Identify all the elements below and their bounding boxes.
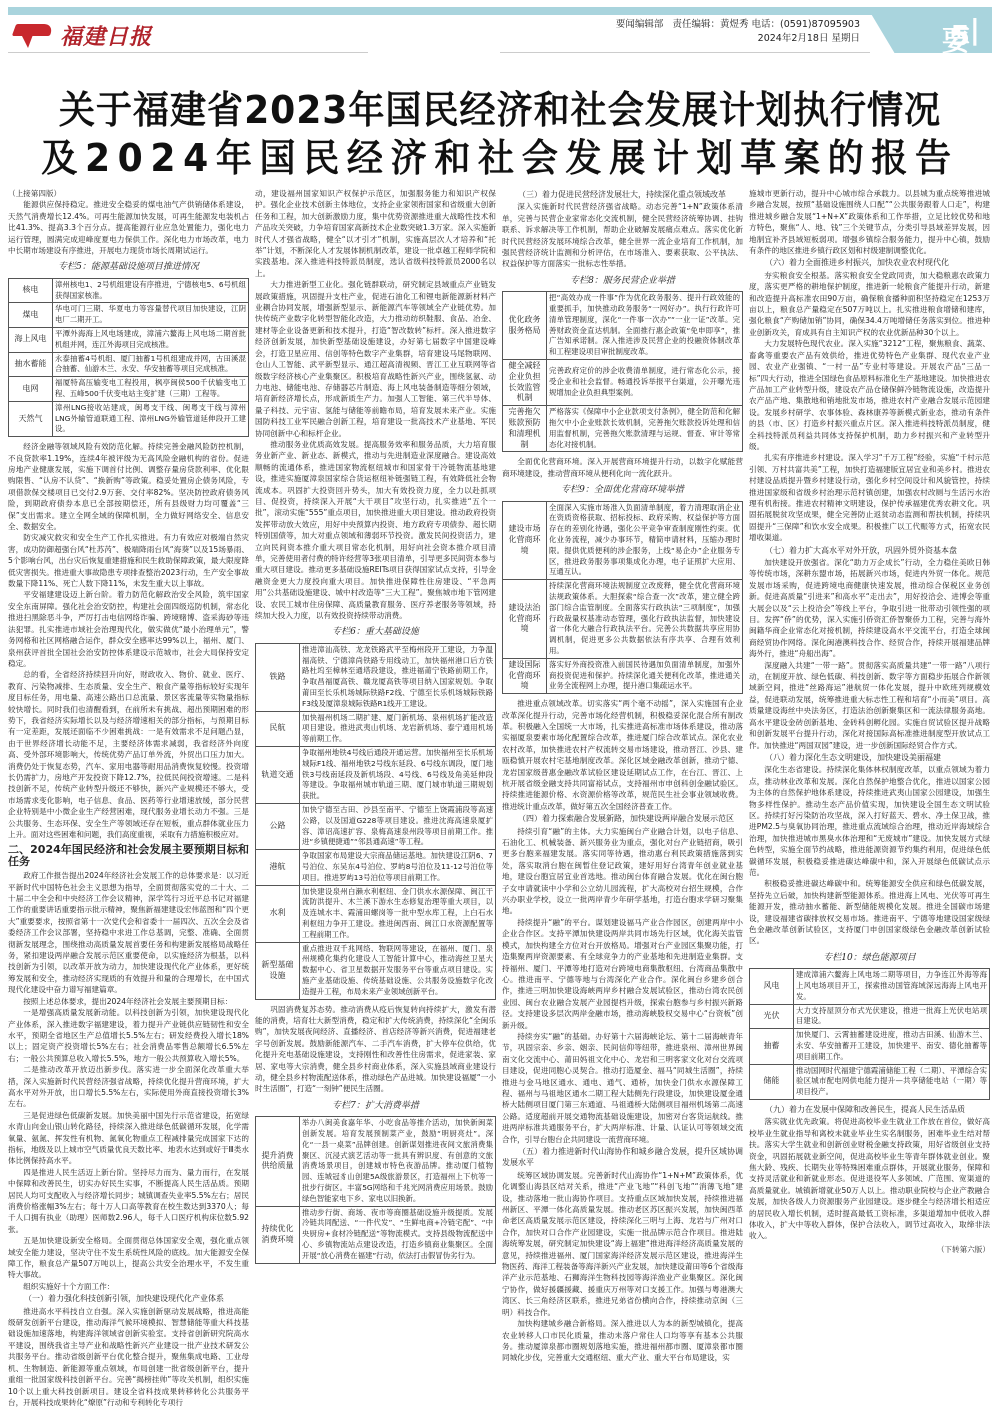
row-text: 漳州LNG接收站建成，闽粤支干线、闽粤支干线与漳州LNG外输管道联通工程、漳州L… — [53, 401, 249, 436]
row-category: 持续优化消费环境 — [256, 1206, 300, 1263]
table-row: 建设市场化营商环境全面深入实施市场准入负面清单制度，着力清理取消企业在资质资格获… — [503, 501, 743, 580]
paragraph: 防灾减灾救灾和安全生产工作扎实推进。有力有效应对极端自然灾害，成功防御超强台风“… — [8, 532, 249, 589]
table-row: 公路加快宁德至古田、沙县至南平、宁德至上饶霞浦段等高速公路，以及国道G228等项… — [256, 804, 496, 850]
table-row: 建设法治化营商环境持续深化营商环境法规制度立改废释，健全优化营商环境法规政策体系… — [503, 580, 743, 659]
masthead-top-bar — [8, 7, 978, 15]
masthead-divider — [500, 52, 870, 53]
paragraph: 深化生态省建设。持续深化集体林权制度改革，以重点领域为着力点，推动林业改革和发展… — [749, 764, 990, 878]
paragraph: 五是加快建设新安全格局。全面贯彻总体国家安全观，强化重点领域安全能力建设，坚决守… — [8, 1235, 249, 1281]
paragraph: 平安福建建设迈上新台阶。着力防范化解政治安全风险，筑牢国家安全东南屏障。强化社会… — [8, 589, 249, 669]
paragraph: 巩固消费复苏态势。推动消费从疫后恢复转向持续扩大，激发有潜能的消费，培育壮大新型… — [255, 1004, 496, 1095]
row-text: 推动步行街、商场、夜市等商圈基础设施升级提质。发展冷链共同配送、“一件代发”、“… — [300, 1206, 496, 1263]
row-category: 公路 — [256, 804, 300, 850]
box-table-business-environment: 建设市场化营商环境全面深入实施市场准入负面清单制度，着力清理取消企业在资质资格获… — [502, 501, 743, 695]
paragraph: 四是推进人民生活迈上新台阶。坚持尽力而为、量力而行，在发展中保障和改善民生，切实… — [8, 1167, 249, 1235]
row-category: 光伏 — [750, 1004, 794, 1029]
newspaper-logo: 福建日报 — [14, 18, 152, 52]
box-title: 专栏5：能源基础设施项目推进情况 — [8, 262, 249, 273]
row-text: 大力支持屋顶分布式光伏建设，推进一批海上光伏电站项目建设。 — [794, 1004, 990, 1029]
row-category: 健全减轻企业负担长效监管机制 — [503, 360, 547, 406]
table-row: 优化政务服务格局把“高效办成一件事”作为优化政务服务、提升行政效能的重要抓手，加… — [503, 292, 743, 360]
row-text: 把“高效办成一件事”作为优化政务服务、提升行政效能的重要抓手，加快推动政务服务“… — [547, 292, 743, 360]
row-text: 严格落实《保障中小企业款项支付条例》，健全防范和化解拖欠中小企业账款长效机制，完… — [547, 406, 743, 452]
box-title: 专栏9：全面优化营商环境举措 — [502, 485, 743, 496]
paragraph: 推进重点领域改革。切实落实“两个毫不动摇”，深入实施国有企业改革深化提升行动，完… — [502, 698, 743, 812]
paragraph: 大力发展特色现代农业。深入实施“3212”工程，聚焦粮食、蔬菜、畜禽等重要农产品… — [749, 338, 990, 452]
paragraph: 动，建设福州国家知识产权保护示范区，加强服务能力和知识产权保护。强化企业技术创新… — [255, 188, 496, 279]
row-text: 争取福州地铁4号线后通段开通运营。加快福州至长乐机场城际F1线、福州地铁2号线东… — [300, 747, 496, 804]
table-row: 煤电华电可门三期、华夏电力等容量替代项目加快建设，江阴电厂二期开工。 — [9, 303, 249, 328]
article-body: （上接第四版） 能源供应保持稳定。推进安全稳妥的煤电油气产供销储体系建设，天然气… — [8, 188, 992, 1424]
table-row: 抽蓄加快厦门、云霄抽蓄建设进度，推动古田溪、仙游木兰、永安、华安抽蓄开工建设，加… — [750, 1029, 990, 1064]
row-category: 电网 — [9, 377, 53, 402]
column-3: （三）着力促进民营经济发展壮大，持续深化重点领域改革 深入实施新时代民营经济强省… — [502, 188, 743, 1424]
paragraph: 二是推动改革开放迈出新步伐。落实进一步全面深化改革重大举措，深入实施新时代民营经… — [8, 1064, 249, 1110]
box-table-infrastructure: 铁路推进漳汕高铁、龙龙铁路武平至梅州段开工建设，力争温福高铁、宁德漳尚铁路专用线… — [255, 643, 496, 1000]
paragraph: 持续夯实“融”的基础。办好第十六届海峡论坛、第十二届海峡青年节，巩固宗亲、乡亲、… — [502, 1031, 743, 1145]
row-text: 举办八闽美食嘉年华、小吃食品等推介活动，加快新闽菜创新发展。培育发展预制菜产业，… — [300, 1117, 496, 1206]
subsection-heading: （五）着力推进新时代山海协作和城乡融合发展，提升区域协调发展水平 — [502, 1146, 743, 1169]
paragraph: 推动服务业优质高效发展。提高服务效率和服务品质，大力培育服务业新产业、新业态、新… — [255, 439, 496, 622]
row-text: 加快宁德至古田、沙县至南平、宁德至上饶霞浦段等高速公路，以及国道G228等项目建… — [300, 804, 496, 850]
table-row: 民航加快福州机场二期扩建、厦门新机场、泉州机场扩能改造项目建设。推进武夷山机场、… — [256, 711, 496, 746]
table-row: 铁路推进漳汕高铁、龙龙铁路武平至梅州段开工建设，力争温福高铁、宁德漳尚铁路专用线… — [256, 643, 496, 711]
paragraph: 加快建设开放强省。深化“助力万企成长”行动，全力稳住美欧日韩等传统市场，深耕东盟… — [749, 557, 990, 660]
paragraph: 深入实施新时代民营经济强省战略。动态完善“1+N”政策体系清单，完善与民营企业家… — [502, 201, 743, 269]
paragraph: 持续引育“融”的主体。大力实施闽台产业融合计划，以电子信息、石油化工、机械装备、… — [502, 826, 743, 917]
paragraph: 推进高水平科技自立自强。深入实施创新驱动发展战略，推进高能级研发创新平台建设，推… — [8, 1306, 249, 1409]
subsection-heading: （四）着力探索融合发展新路，加快建设两岸融合发展示范区 — [502, 813, 743, 824]
table-row: 核电漳州核电1、2号机组建设有序推进，宁德核电5、6号机组获得国家核准。 — [9, 278, 249, 303]
issue-date: 2024年2月18日 星期日 — [616, 32, 860, 46]
table-row: 储能推动国网时代福建宁德霞浦储能工程（二期）、平潭综合实验区城市配电网供电能力提… — [750, 1064, 990, 1099]
row-category: 天然气 — [9, 401, 53, 436]
row-text: 华电可门三期、华夏电力等容量替代项目加快建设，江阴电厂二期开工。 — [53, 303, 249, 328]
paragraph: 统筹区域协调发展。完善新时代山海协作“1+N+M”政策体系，优化调整山海县区结对… — [502, 1170, 743, 1318]
continued-from-note: （上接第四版） — [8, 188, 249, 199]
row-category: 建设国际化营商环境 — [503, 658, 547, 693]
logo-text: 福建日报 — [60, 20, 152, 51]
row-category: 建设市场化营商环境 — [503, 501, 547, 580]
table-row: 建设国际化营商环境落实好外商投资准入前国民待遇加负面清单制度，加强外商投资促进和… — [503, 658, 743, 693]
row-text: 加快厦门、云霄抽蓄建设进度，推动古田溪、仙游木兰、永安、华安抽蓄开工建设，加快建… — [794, 1029, 990, 1064]
paragraph: 落实就业优先政策。将促进高校毕业生就业工作放在首位，做好高校毕业生就业指导和离校… — [749, 1116, 990, 1241]
subsection-heading: （八）着力深化生态文明建设，加快建设美丽福建 — [749, 752, 990, 763]
paragraph: 组织实施好十个方面工作： — [8, 1281, 249, 1292]
subsection-heading: （六）着力全面推进乡村振兴，加快农业农村现代化 — [749, 257, 990, 268]
row-text: 争取国家布局建设大宗商品储运基地。加快建设江阴6、7号泊位、东吴东4号泊位、罗屿… — [300, 850, 496, 885]
row-text: 重点推进双千兆网络、物联网等建设，在福州、厦门、泉州规模化集约化建设人工智能计算… — [300, 942, 496, 999]
row-text: 永泰抽蓄4号机组、厦门抽蓄1号机组建成并网，古田溪混合抽蓄、仙游木兰、永安、华安… — [53, 352, 249, 377]
row-category: 煤电 — [9, 303, 53, 328]
table-row: 水利加快建设泉州白濑水利枢纽、金门供水水源保障、闽江干流防洪提升、木兰溪下游水生… — [256, 885, 496, 942]
row-text: 持续深化营商环境法规制度立改废释，健全优化营商环境法规政策体系。大胆探索“综合查… — [547, 580, 743, 659]
paragraph: 政府工作报告提出2024年经济社会发展工作的总体要求是：以习近平新时代中国特色社… — [8, 870, 249, 995]
row-text: 推动国网时代福建宁德霞浦储能工程（二期）、平潭综合实验区城市配电网供电能力提升—… — [794, 1064, 990, 1099]
subsection-heading: （一）着力强化科技创新引领，加快建设现代化产业体系 — [8, 1293, 249, 1304]
paragraph: 深度融入共建“一带一路”。贯彻落实高质量共建“一带一路”八项行动，在制度开放、绿… — [749, 660, 990, 751]
paragraph: 能源供应保持稳定。推进安全稳妥的煤电油气产供销储体系建设，天然气消费增长12.4… — [8, 199, 249, 256]
row-text: 漳州核电1、2号机组建设有序推进，宁德核电5、6号机组获得国家核准。 — [53, 278, 249, 303]
row-category: 抽蓄 — [750, 1029, 794, 1064]
row-category: 港航 — [256, 850, 300, 885]
row-text: 完善政府定价的涉企收费清单制度，进行常态化公示，接受企业和社会监督。畅通投诉举报… — [547, 360, 743, 406]
row-category: 铁路 — [256, 643, 300, 711]
paragraph: 按照上述总体要求，提出2024年经济社会发展主要预期目标： — [8, 996, 249, 1007]
paragraph: 加快构建城乡融合新格局。深入推进以人为本的新型城镇化，提高农业转移人口市民化质量… — [502, 1318, 743, 1364]
row-text: 加快建设泉州白濑水利枢纽、金门供水水源保障、闽江干流防洪提升、木兰溪下游水生态修… — [300, 885, 496, 942]
box-table-consumption: 提升消费供给质量举办八闽美食嘉年华、小吃食品等推介活动，加快新闽菜创新发展。培育… — [255, 1116, 496, 1263]
headline-line-1: 关于福建省2023年国民经济和社会发展计划执行情况 — [35, 86, 966, 134]
table-row: 提升消费供给质量举办八闽美食嘉年华、小吃食品等推介活动，加快新闽菜创新发展。培育… — [256, 1117, 496, 1206]
row-category: 核电 — [9, 278, 53, 303]
box-title: 专栏7：扩大消费举措 — [255, 1101, 496, 1112]
column-2: 动，建设福州国家知识产权保护示范区，加强服务能力和知识产权保护。强化企业技术创新… — [255, 188, 496, 1424]
page-number: 5 — [951, 19, 972, 52]
editor-label: 责任编辑：黄煜秀 — [673, 19, 749, 30]
table-row: 港航争取国家布局建设大宗商品储运基地。加快建设江阴6、7号泊位、东吴东4号泊位、… — [256, 850, 496, 885]
row-category: 储能 — [750, 1064, 794, 1099]
row-category: 风电 — [750, 969, 794, 1004]
paragraph: 施城市更新行动，提升中心城市综合承载力。以县城为重点统筹推进城乡融合发展，按照“… — [749, 188, 990, 256]
phone-label: 电话：(0591)87095903 — [752, 19, 860, 30]
paragraph: 总的看，全省经济持续回升向好，财政收入、物价、就业、医疗、教育、污染物减排、生态… — [8, 669, 249, 840]
paragraph: 夯实粮食安全根基。落实粮食安全党政同责，加大稳粮惠农政策力度，落实更严格的耕地保… — [749, 270, 990, 338]
paragraph: 一是增强高质量发展新动能。以科技创新为引领，加快建设现代化产业体系，深入推进数字… — [8, 1007, 249, 1064]
paragraph: 三是促进绿色低碳新发展。加快美丽中国先行示范省建设，拓宽绿水青山向金山银山转化路… — [8, 1110, 249, 1167]
headline-line-2: 及2024年国民经济和社会发展计划草案的报告 — [35, 134, 966, 182]
box-table-green-energy: 风电建成漳浦六鳌海上风电场二期等项目，力争连江外海等海上风电场项目开工，探索推动… — [749, 968, 990, 1100]
row-text: 建成漳浦六鳌海上风电场二期等项目，力争连江外海等海上风电场项目开工，探索推动国管… — [794, 969, 990, 1004]
table-row: 天然气漳州LNG接收站建成，闽粤支干线、闽粤支干线与漳州LNG外输管道联通工程、… — [9, 401, 249, 436]
section-tab: 要闻 | 5 — [867, 7, 992, 53]
table-row: 抽水蓄能永泰抽蓄4号机组、厦门抽蓄1号机组建成并网，古田溪混合抽蓄、仙游木兰、永… — [9, 352, 249, 377]
row-category: 抽水蓄能 — [9, 352, 53, 377]
table-row: 健全减轻企业负担长效监管机制完善政府定价的涉企收费清单制度，进行常态化公示，接受… — [503, 360, 743, 406]
paragraph: 持续提升“融”的平台。谋划建设福马产业合作园区，创建两岸中小企业合作区。支持平潭… — [502, 917, 743, 1031]
masthead-divider — [8, 52, 368, 53]
subsection-heading: （三）着力促进民营经济发展壮大，持续深化重点领域改革 — [502, 189, 743, 200]
row-text: 落实好外商投资准入前国民待遇加负面清单制度，加强外商投资促进和保护。持续深化通关… — [547, 658, 743, 693]
table-row: 海上风电平潭外海海上风电场建成，漳浦六鳌海上风电场二期首批机组并网，连江外海项目… — [9, 328, 249, 353]
subsection-heading: （七）着力扩大高水平对外开放，巩固外贸外资基本盘 — [749, 545, 990, 556]
continued-on-note: （下转第六版） — [749, 1244, 990, 1255]
row-category: 轨道交通 — [256, 747, 300, 804]
table-row: 新型基础设施重点推进双千兆网络、物联网等建设，在福州、厦门、泉州规模化集约化建设… — [256, 942, 496, 999]
table-row: 电网福厦特高压输变电工程投用，枫亭闽侯500千伏输变电工程、五峰500千伏变电站… — [9, 377, 249, 402]
row-text: 福厦特高压输变电工程投用，枫亭闽侯500千伏输变电工程、五峰500千伏变电站主变… — [53, 377, 249, 402]
box-table-private-enterprise: 优化政务服务格局把“高效办成一件事”作为优化政务服务、提升行政效能的重要抓手，加… — [502, 291, 743, 452]
row-category: 建设法治化营商环境 — [503, 580, 547, 659]
table-row: 轨道交通争取福州地铁4号线后通段开通运营。加快福州至长乐机场城际F1线、福州地铁… — [256, 747, 496, 804]
row-text: 推进漳汕高铁、龙龙铁路武平至梅州段开工建设，力争温福高铁、宁德漳尚铁路专用线动工… — [300, 643, 496, 711]
masthead-info: 要闻编辑部 责任编辑：黄煜秀 电话：(0591)87095903 2024年2月… — [616, 18, 860, 46]
subsection-heading: （九）着力在发展中保障和改善民生，提高人民生活品质 — [749, 1104, 990, 1115]
row-category: 海上风电 — [9, 328, 53, 353]
row-category: 提升消费供给质量 — [256, 1117, 300, 1206]
box-title: 专栏10：绿色能源项目 — [749, 953, 990, 964]
page-headline: 关于福建省2023年国民经济和社会发展计划执行情况 及2024年国民经济和社会发… — [35, 86, 966, 182]
section-heading: 二、2024年国民经济和社会发展主要预期目标和任务 — [8, 844, 249, 867]
paragraph: 积极稳妥推进碳达峰碳中和。统筹能源安全供应和绿色低碳发展，坚持先立后破，加快构建… — [749, 878, 990, 946]
row-category: 优化政务服务格局 — [503, 292, 547, 360]
column-4: 施城市更新行动，提升中心城市综合承载力。以县城为重点统筹推进城乡融合发展，按照“… — [749, 188, 990, 1424]
box-title: 专栏8：服务民营企业举措 — [502, 276, 743, 287]
paragraph: 经济金融等领域风险有效防范化解。持续完善金融风险防控机制，不良贷款率1.19%，… — [8, 441, 249, 532]
row-text: 全面深入实施市场准入负面清单制度，着力清理取消企业在资质资格获取、招标投标、政府… — [547, 501, 743, 580]
paragraph: 大力推进新型工业化。强化链群联动，研究制定县域重点产业链发展政策措施，巩固提升支… — [255, 279, 496, 439]
row-text: 平潭外海海上风电场建成，漳浦六鳌海上风电场二期首批机组并网，连江外海项目完成核准… — [53, 328, 249, 353]
row-category: 民航 — [256, 711, 300, 746]
box-title: 专栏6：重大基础设施 — [255, 627, 496, 638]
row-category: 水利 — [256, 885, 300, 942]
dept-label: 要闻编辑部 — [616, 19, 664, 30]
table-row: 持续优化消费环境推动步行街、商场、夜市等商圈基础设施升级提质。发展冷链共同配送、… — [256, 1206, 496, 1263]
column-1: （上接第四版） 能源供应保持稳定。推进安全稳妥的煤电油气产供销储体系建设，天然气… — [8, 188, 249, 1424]
row-category: 完善拖欠账款预防和清理机制 — [503, 406, 547, 452]
paragraph: 全面优化营商环境。深入开展营商环境提升行动，以数字化赋能营商环境建设，推动营商环… — [502, 456, 743, 479]
table-row: 完善拖欠账款预防和清理机制严格落实《保障中小企业款项支付条例》，健全防范和化解拖… — [503, 406, 743, 452]
table-row: 风电建成漳浦六鳌海上风电场二期等项目，力争连江外海等海上风电场项目开工，探索推动… — [750, 969, 990, 1004]
table-row: 光伏大力支持屋顶分布式光伏建设，推进一批海上光伏电站项目建设。 — [750, 1004, 990, 1029]
row-category: 新型基础设施 — [256, 942, 300, 999]
box-table-energy: 核电漳州核电1、2号机组建设有序推进，宁德核电5、6号机组获得国家核准。 煤电华… — [8, 278, 249, 437]
logo-flag-icon — [14, 22, 54, 48]
row-text: 加快福州机场二期扩建、厦门新机场、泉州机场扩能改造项目建设。推进武夷山机场、龙岩… — [300, 711, 496, 746]
paragraph: 扎实有序推进乡村建设。深入学习“千万工程”经验，实施“千村示范引领、万村共富共美… — [749, 452, 990, 543]
